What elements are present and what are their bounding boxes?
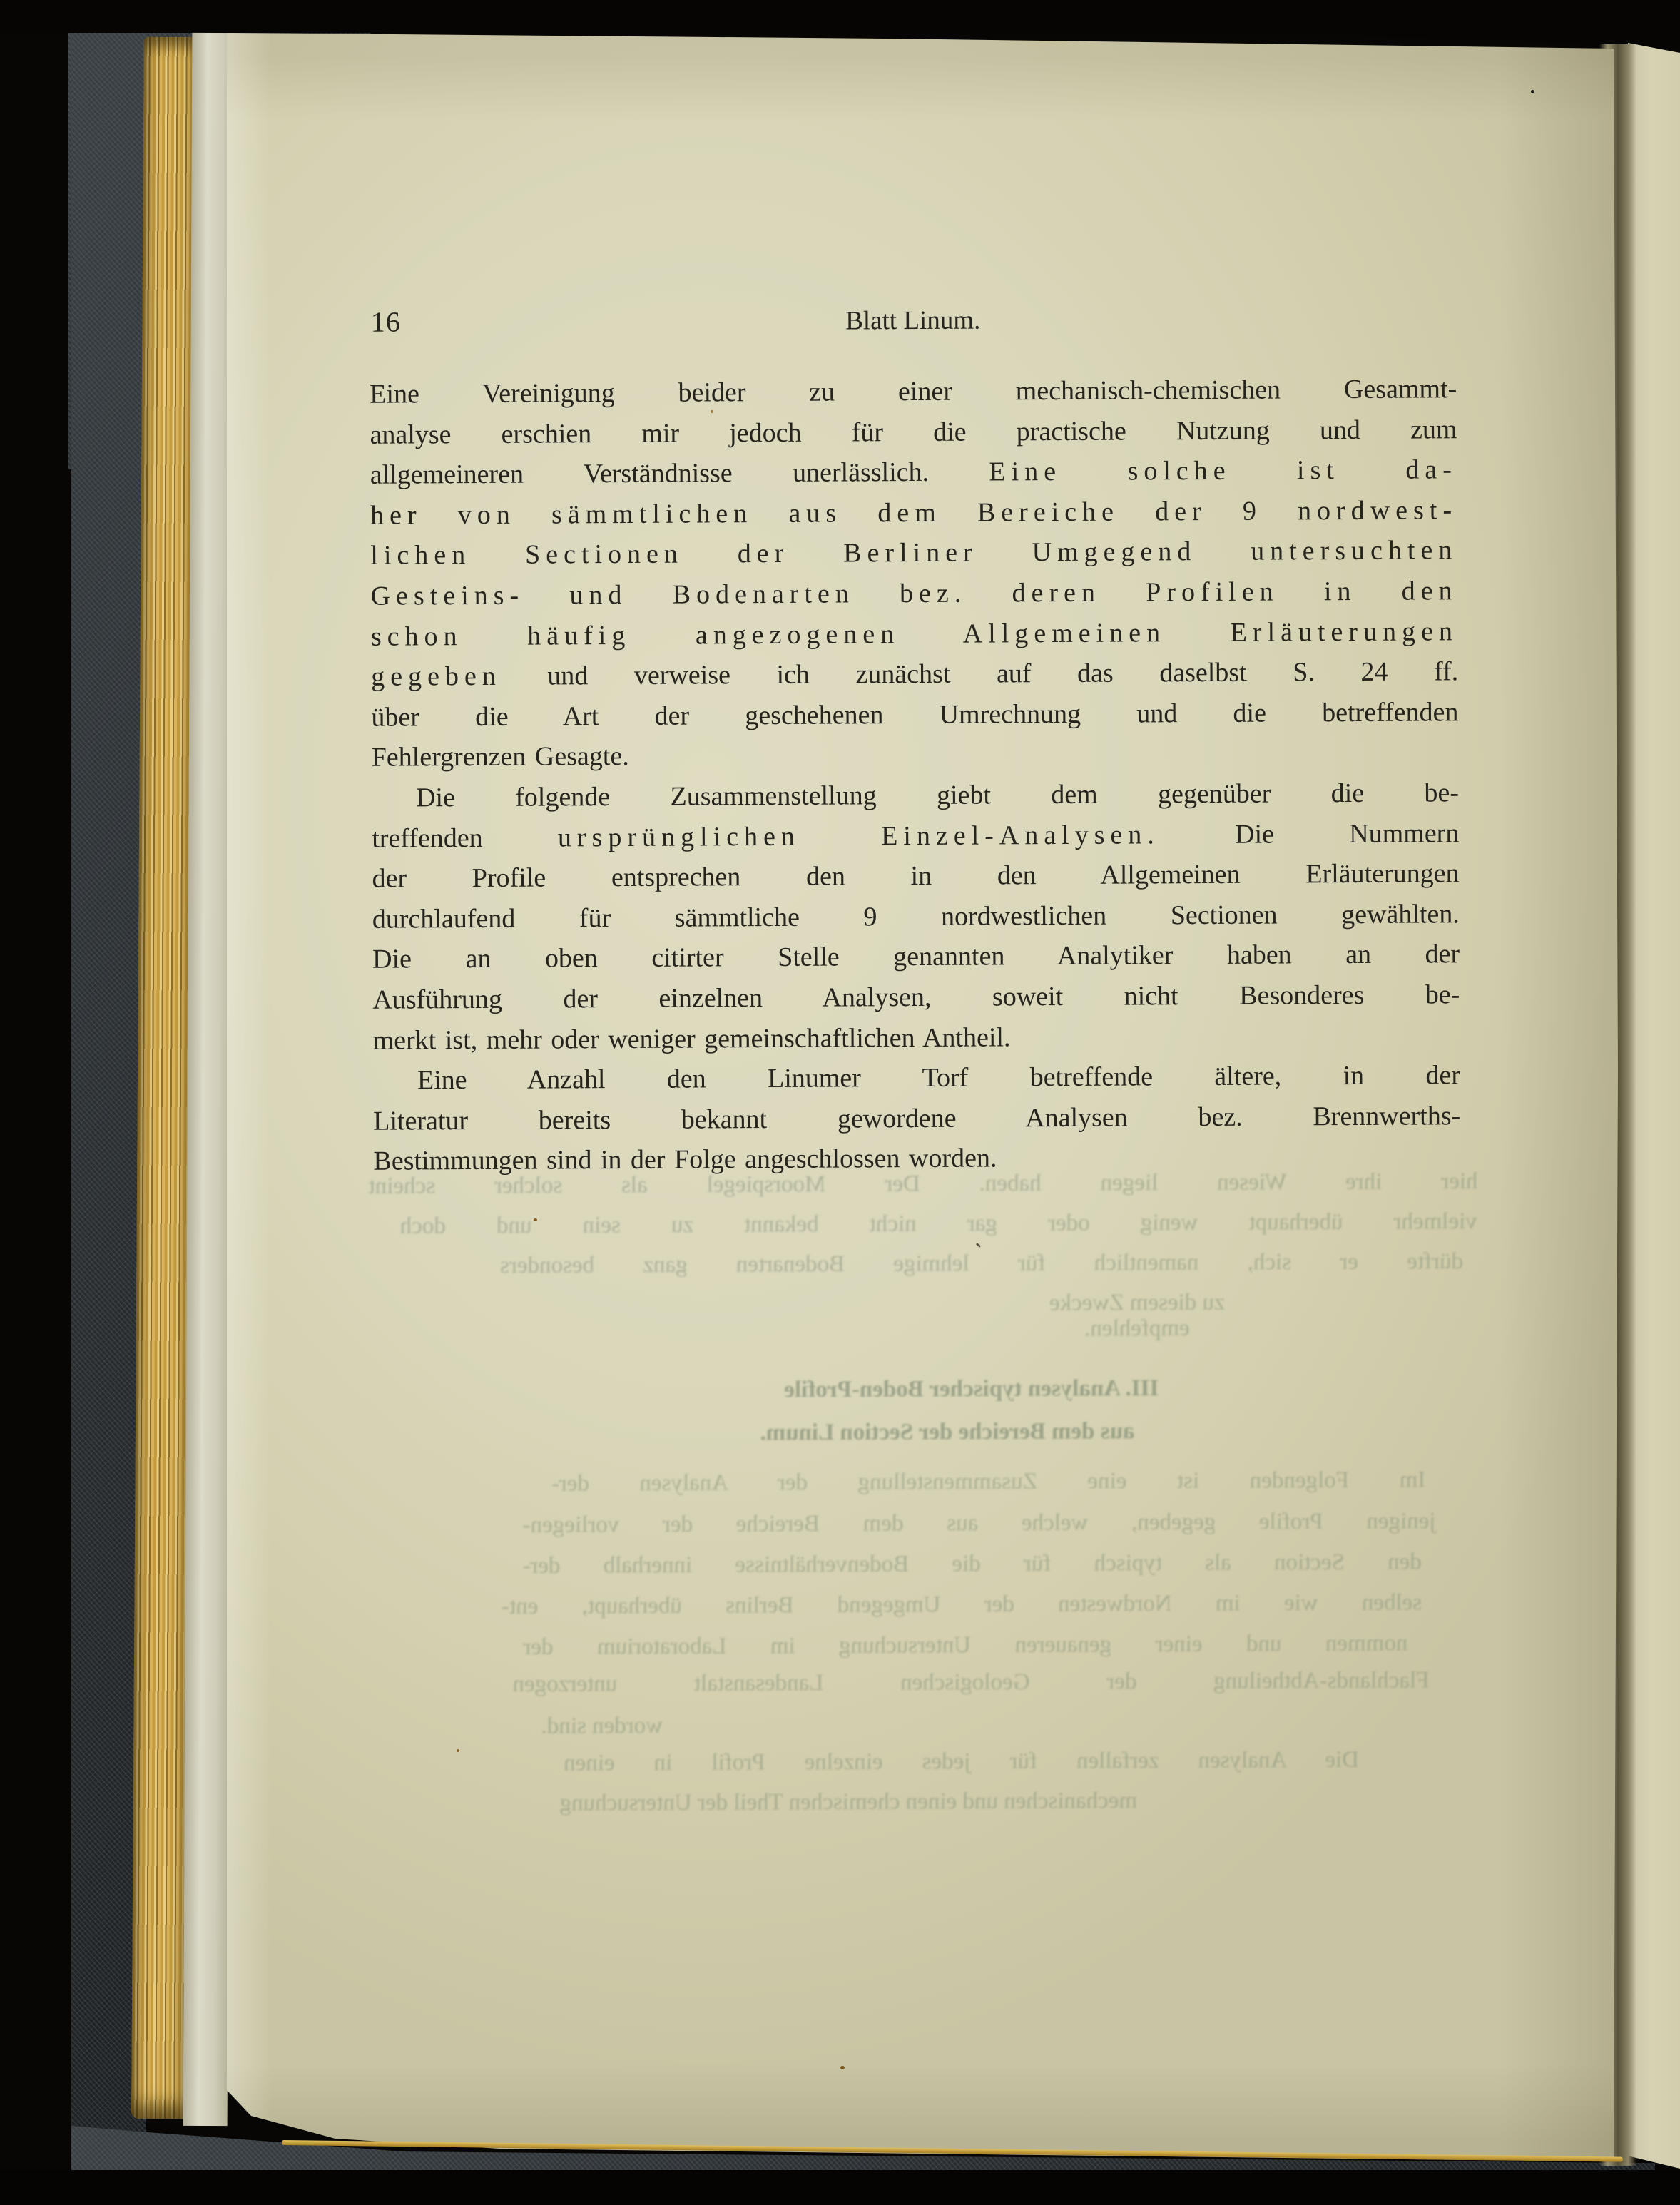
body-text: Eine Vereinigung beider zu einer mechani…: [370, 369, 1461, 1181]
letterspaced-text: ursprünglichen Einzel-Analysen.: [558, 820, 1160, 852]
text-line: durchlaufend für sämmtliche 9 nordwestli…: [372, 894, 1460, 939]
bleed-through-line: zu diesem Zwecke empfehlen.: [1017, 1289, 1256, 1341]
text-line: gegeben und verweise ich zunächst auf da…: [371, 651, 1458, 697]
text-segment: Eine Anzahl den Linumer Torf betreffende…: [417, 1060, 1460, 1095]
text-line: allgemeineren Verständnisse unerlässlich…: [370, 449, 1457, 495]
text-segment: Die an oben citirter Stelle genannten An…: [372, 939, 1460, 974]
bleed-through-line: Die Analysen zerfallen für jedes einzeln…: [564, 1747, 1359, 1776]
bleed-through-line: dürfte er sich, namentlich für lehmige B…: [500, 1248, 1463, 1278]
text-segment: Bestimmungen sind in der Folge angeschlo…: [373, 1144, 997, 1176]
text-line: Ausführung der einzelnen Analysen, sowei…: [372, 974, 1460, 1020]
bleed-through-line: III. Analysen typischer Boden-Profile: [701, 1375, 1243, 1403]
text-segment: Die Nummern: [1235, 818, 1459, 850]
text-line: schon häufig angezogenen Allgemeinen Erl…: [371, 611, 1458, 657]
bleed-through-line: mechanischen und einen chemischen Theil …: [524, 1788, 1173, 1816]
text-line: treffenden ursprünglichen Einzel-Analyse…: [372, 813, 1459, 859]
text-line: merkt ist, mehr oder weniger gemeinschaf…: [373, 1015, 1460, 1061]
bleed-through-line: worden sind.: [527, 1713, 677, 1739]
text-line: her von sämmtlichen aus dem Bereiche der…: [370, 490, 1457, 536]
text-segment: durchlaufend für sämmtliche 9 nordwestli…: [372, 899, 1460, 934]
paragraph: Die folgende Zusammenstellung giebt dem …: [372, 773, 1460, 1061]
text-line: lichen Sectionen der Berliner Umgegend u…: [370, 531, 1457, 576]
bleed-through-line: Flachlands-Abtheilung der Geologischen L…: [512, 1667, 1429, 1697]
text-line: Fehlergrenzen Gesagte.: [372, 733, 1459, 778]
text-line: der Profile entsprechen den in den Allge…: [372, 853, 1459, 899]
letterspaced-text: gegeben: [371, 661, 502, 692]
bleed-through-line: vielmehr überhaupt wenig oder gar nicht …: [400, 1208, 1477, 1239]
text-segment: analyse erschien mir jedoch für die prac…: [370, 414, 1457, 449]
text-line: Literatur bereits bekannt gewordene Anal…: [373, 1096, 1460, 1141]
text-line: Gesteins- und Bodenarten bez. deren Prof…: [370, 571, 1457, 616]
text-line: Eine Vereinigung beider zu einer mechani…: [370, 369, 1457, 414]
text-segment: Literatur bereits bekannt gewordene Anal…: [373, 1101, 1460, 1136]
text-segment: Eine Vereinigung beider zu einer mechani…: [370, 374, 1457, 409]
bleed-through-line: selben wie im Nordwesten der Umgegend Be…: [502, 1589, 1422, 1619]
paragraph: Eine Vereinigung beider zu einer mechani…: [370, 369, 1459, 778]
text-line: Eine Anzahl den Linumer Torf betreffende…: [373, 1055, 1460, 1101]
text-segment: allgemeineren Verständnisse unerlässlich…: [370, 457, 989, 490]
bleed-through-line: jenigen Profile gegeben, welche aus dem …: [523, 1508, 1436, 1538]
text-segment: merkt ist, mehr oder weniger gemeinschaf…: [373, 1022, 1011, 1055]
text-line: analyse erschien mir jedoch für die prac…: [370, 409, 1457, 455]
bleed-through-line: den Section als typisch für die Bodenver…: [523, 1549, 1422, 1578]
text-segment: Ausführung der einzelnen Analysen, sowei…: [372, 979, 1460, 1014]
letterspaced-text: her von sämmtlichen aus dem Bereiche der…: [370, 495, 1457, 530]
text-line: Die folgende Zusammenstellung giebt dem …: [372, 773, 1459, 818]
letterspaced-text: Eine solche ist da-: [989, 454, 1457, 487]
text-segment: über die Art der geschehenen Umrechnung …: [371, 697, 1458, 732]
letterspaced-text: schon häufig angezogenen Allgemeinen Erl…: [371, 616, 1458, 651]
bleed-through-line: Im Folgenden ist eine Zusammenstellung d…: [551, 1467, 1425, 1496]
text-line: Bestimmungen sind in der Folge angeschlo…: [373, 1136, 1460, 1182]
text-segment: Die folgende Zusammenstellung giebt dem …: [416, 778, 1459, 813]
page-header: 16 Blatt Linum.: [370, 300, 1457, 340]
running-title: Blatt Linum.: [370, 302, 1457, 338]
text-segment: der Profile entsprechen den in den Allge…: [372, 858, 1459, 893]
text-segment: und verweise ich zunächst auf das daselb…: [547, 656, 1458, 691]
letterspaced-text: Gesteins- und Bodenarten bez. deren Prof…: [371, 576, 1458, 611]
bleed-through-line: nommen und einer genaueren Untersuchung …: [523, 1631, 1407, 1660]
paragraph: Eine Anzahl den Linumer Torf betreffende…: [373, 1055, 1461, 1181]
text-segment: treffenden: [372, 823, 558, 853]
letterspaced-text: lichen Sectionen der Berliner Umgegend u…: [370, 536, 1457, 571]
bleed-through-line: aus dem Bereiche der Section Linum.: [748, 1418, 1147, 1445]
text-segment: Fehlergrenzen Gesagte.: [372, 741, 629, 773]
text-line: Die an oben citirter Stelle genannten An…: [372, 935, 1460, 980]
text-line: über die Art der geschehenen Umrechnung …: [371, 692, 1458, 738]
